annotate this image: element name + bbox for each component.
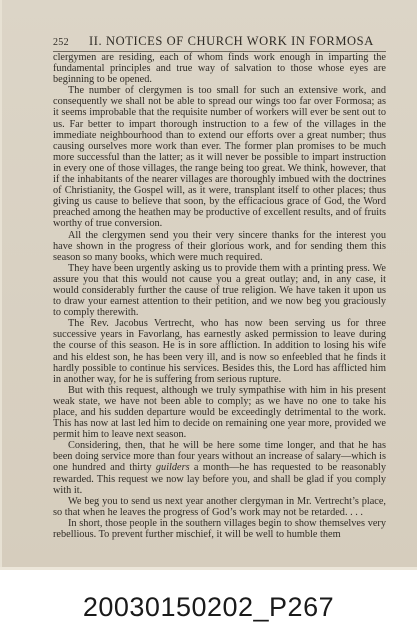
body-text: clergymen are residing, each of whom fin…: [53, 52, 386, 540]
paragraph: All the clergymen send you their very si…: [53, 230, 386, 263]
image-id-caption: 20030150202_P267: [0, 592, 417, 623]
paragraph: But with this request, although we truly…: [53, 385, 386, 440]
page-number: 252: [53, 37, 69, 48]
paragraph: The number of clergymen is too small for…: [53, 85, 386, 229]
page-edge: [0, 567, 417, 570]
paragraph: In short, those people in the southern v…: [53, 518, 386, 540]
running-title: II. NOTICES OF CHURCH WORK IN FORMOSA: [89, 34, 374, 49]
paragraph: Considering, then, that he will be here …: [53, 440, 386, 495]
paragraph: We beg you to send us next year another …: [53, 496, 386, 518]
page-header: 252 II. NOTICES OF CHURCH WORK IN FORMOS…: [53, 34, 386, 50]
paragraph: The Rev. Jacobus Vertrecht, who has now …: [53, 318, 386, 385]
paragraph: clergymen are residing, each of whom fin…: [53, 52, 386, 85]
paragraph: They have been urgently asking us to pro…: [53, 263, 386, 318]
italic-term: guilders: [156, 462, 190, 473]
